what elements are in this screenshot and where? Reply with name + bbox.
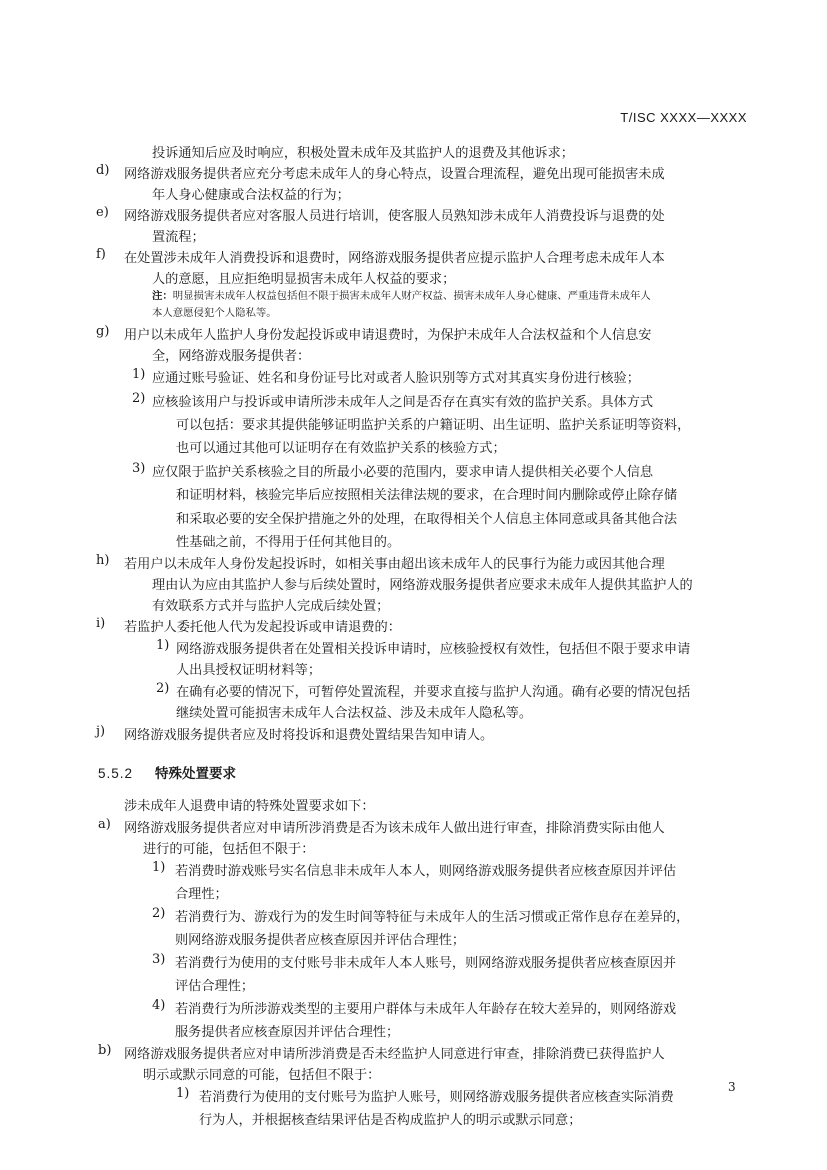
text-line: 和采取必要的安全保护措施之外的处理，在取得相关个人信息主体同意或具备其他合法: [176, 508, 677, 527]
document-code: T/ISC XXXX—XXXX: [620, 110, 747, 125]
list-marker: a): [98, 817, 111, 832]
text-line: 网络游戏服务提供者应充分考虑未成年人的身心特点，设置合理流程，避免出现可能损害未…: [124, 163, 665, 182]
text-line: 若消费行为使用的支付账号非未成年人本人账号，则网络游戏服务提供者应核查原因并: [175, 952, 676, 971]
note-line: 注：明显损害未成年人权益包括但不限于损害未成年人财产权益、损害未成年人身心健康、…: [152, 288, 651, 305]
text-line: 应仅限于监护关系核验之目的所最小必要的范围内，要求申请人提供相关必要个人信息: [152, 461, 653, 480]
list-marker: h): [96, 553, 109, 568]
text-line: 则网络游戏服务提供者应核查原因并评估合理性；: [175, 929, 465, 948]
text-line: 网络游戏服务提供者应对客服人员进行培训，使客服人员熟知涉未成年人消费投诉与退费的…: [124, 205, 665, 224]
list-marker: 1): [156, 638, 169, 653]
text-line: 进行的可能，包括但不限于：: [143, 838, 314, 857]
text-line: 和证明材料，核验完毕后应按照相关法律法规的要求，在合理时间内删除或停止除存储: [176, 484, 677, 503]
list-marker: e): [96, 205, 109, 220]
text-line: 若用户以未成年人身份发起投诉时，如相关事由超出该未成年人的民事行为能力或因其他合…: [124, 553, 665, 572]
text-line: 全，网络游戏服务提供者：: [152, 345, 310, 364]
text-line: 有效联系方式并与监护人完成后续处置；: [152, 595, 389, 614]
list-marker: 3): [132, 461, 145, 476]
text-line: 置流程；: [152, 226, 205, 245]
text-line: 合理性；: [175, 883, 228, 902]
list-marker: 1): [132, 367, 145, 382]
text-line: 若消费行为、游戏行为的发生时间等特征与未成年人的生活习惯或正常作息存在差异的，: [175, 906, 689, 925]
text-line: 人的意愿，且应拒绝明显损害未成年人权益的要求；: [152, 268, 455, 287]
text-line: 网络游戏服务提供者在处置相关投诉申请时，应核验授权有效性，包括但不限于要求申请: [176, 638, 690, 657]
list-marker: i): [96, 616, 105, 631]
text-line: 投诉通知后应及时响应，积极处置未成年及其监护人的退费及其他诉求；: [152, 142, 574, 161]
text-line: 也可以通过其他可以证明存在有效监护关系的核验方式；: [176, 437, 506, 456]
list-marker: 1): [152, 860, 165, 875]
text-line: 理由认为应由其监护人参与后续处置时，网络游戏服务提供者应要求未成年人提供其监护人…: [152, 574, 693, 593]
text-line: 若监护人委托他人代为发起投诉或申请退费的：: [124, 616, 401, 635]
list-marker: 3): [152, 952, 165, 967]
text-line: 用户以未成年人监护人身份发起投诉或申请退费时，为保护未成年人合法权益和个人信息安: [124, 324, 652, 343]
text-line: 可以包括：要求其提供能够证明监护关系的户籍证明、出生证明、监护关系证明等资料，: [176, 414, 690, 433]
text-line: 网络游戏服务提供者应对申请所涉消费是否为该未成年人做出进行审查，排除消费实际由他…: [124, 817, 665, 836]
text-line: 网络游戏服务提供者应及时将投诉和退费处置结果告知申请人。: [124, 724, 493, 743]
list-marker: 4): [152, 998, 165, 1013]
text-line: 评估合理性；: [175, 975, 254, 994]
text-line: 明示或默示同意的可能，包括但不限于：: [143, 1064, 380, 1083]
text-line: 继续处置可能损害未成年人合法权益、涉及未成年人隐私等。: [176, 702, 532, 721]
text-line: 人出具授权证明材料等；: [176, 659, 321, 678]
section-heading: 5.5.2特殊处置要求: [98, 762, 236, 782]
list-marker: b): [98, 1043, 111, 1058]
list-marker: j): [96, 724, 105, 739]
text-line: 服务提供者应核查原因并评估合理性；: [175, 1021, 399, 1040]
text-line: 若消费行为所涉游戏类型的主要用户群体与未成年人年龄存在较大差异的，则网络游戏: [175, 998, 676, 1017]
list-marker: f): [96, 247, 106, 262]
list-marker: 2): [156, 681, 169, 696]
section-number: 5.5.2: [98, 766, 133, 781]
list-marker: g): [96, 324, 109, 339]
text-line: 若消费行为使用的支付账号为监护人账号，则网络游戏服务提供者应核查实际消费: [199, 1086, 674, 1105]
text-line: 应核验该用户与投诉或申请所涉未成年人之间是否存在真实有效的监护关系。具体方式: [152, 391, 653, 410]
text-line: 行为人，并根据核查结果评估是否构成监护人的明示或默示同意；: [199, 1109, 581, 1128]
note-line: 本人意愿侵犯个人隐私等。: [152, 305, 277, 322]
text-line: 若消费时游戏账号实名信息非未成年人本人，则网络游戏服务提供者应核查原因并评估: [175, 860, 676, 879]
text-line: 在处置涉未成年人消费投诉和退费时，网络游戏服务提供者应提示监护人合理考虑未成年人…: [124, 247, 665, 266]
text-line: 涉未成年人退费申请的特殊处置要求如下：: [124, 795, 375, 814]
list-marker: 2): [132, 391, 145, 406]
list-marker: 1): [176, 1086, 189, 1101]
list-marker: 2): [152, 906, 165, 921]
list-marker: d): [96, 163, 109, 178]
text-line: 在确有必要的情况下，可暂停处置流程，并要求直接与监护人沟通。确有必要的情况包括: [176, 681, 690, 700]
text-line: 应通过账号验证、姓名和身份证号比对或者人脸识别等方式对其真实身份进行核验；: [152, 367, 640, 386]
page-number: 3: [728, 1080, 736, 1094]
note-label: 注：: [152, 290, 173, 302]
text-line: 年人身心健康或合法权益的行为；: [152, 184, 350, 203]
text-line: 网络游戏服务提供者应对申请所涉消费是否未经监护人同意进行审查，排除消费已获得监护…: [124, 1043, 665, 1062]
text-line: 性基础之前，不得用于任何其他目的。: [176, 531, 400, 550]
document-page: T/ISC XXXX—XXXX 投诉通知后应及时响应，积极处置未成年及其监护人的…: [0, 0, 827, 1170]
section-title: 特殊处置要求: [155, 766, 236, 781]
